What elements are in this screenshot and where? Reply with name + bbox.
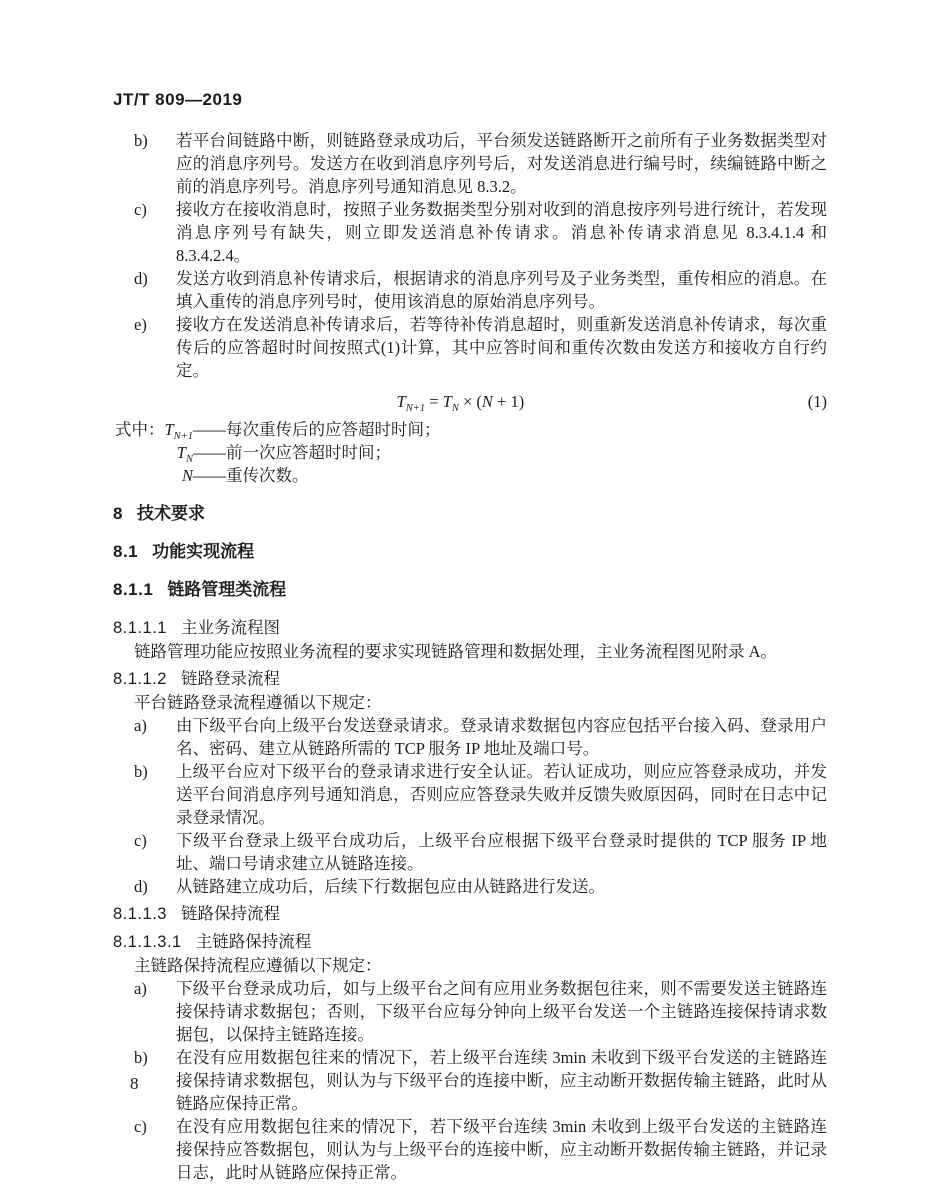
- equation-body: TN+1 = TN × (N + 1): [113, 390, 808, 413]
- clause-8-heading: 8技术要求: [113, 502, 827, 525]
- list-item-label: d): [134, 267, 176, 313]
- clause-8-1-1-1-heading: 8.1.1.1主业务流程图: [113, 616, 827, 640]
- list-item-text: 在没有应用数据包往来的情况下，若下级平台连续 3min 未收到上级平台发送的主链…: [176, 1115, 827, 1184]
- where-row: N ——重传次数。: [113, 464, 827, 487]
- list-item-label: e): [134, 313, 176, 382]
- list-item-label: a): [134, 714, 176, 760]
- list-item-text: 发送方收到消息补传请求后，根据请求的消息序列号及子业务类型，重传相应的消息。在填…: [176, 267, 827, 313]
- message-sequence-rules-list: b) 若平台间链路中断，则链路登录成功后，平台须发送链路断开之前所有子业务数据类…: [113, 129, 827, 382]
- where-term: 式中：TN+1: [101, 418, 193, 441]
- document-page: JT/T 809—2019 b) 若平台间链路中断，则链路登录成功后，平台须发送…: [0, 0, 940, 1200]
- list-item: b) 在没有应用数据包往来的情况下，若上级平台连续 3min 未收到下级平台发送…: [113, 1046, 827, 1115]
- list-item: d) 从链路建立成功后，后续下行数据包应由从链路进行发送。: [113, 875, 827, 898]
- list-item: b) 上级平台应对下级平台的登录请求进行安全认证。若认证成功，则应应答登录成功，…: [113, 760, 827, 829]
- list-item: a) 下级平台登录成功后，如与上级平台之间有应用业务数据包往来，则不需要发送主链…: [113, 977, 827, 1046]
- where-description: ——重传次数。: [193, 464, 309, 487]
- list-item-label: a): [134, 977, 176, 1046]
- login-flow-rules-list: a) 由下级平台向上级平台发送登录请求。登录请求数据包内容应包括平台接入码、登录…: [113, 714, 827, 898]
- clause-8-1-heading: 8.1功能实现流程: [113, 540, 827, 563]
- list-item-text: 下级平台登录上级平台成功后，上级平台应根据下级平台登录时提供的 TCP 服务 I…: [176, 829, 827, 875]
- list-item-text: 若平台间链路中断，则链路登录成功后，平台须发送链路断开之前所有子业务数据类型对应…: [176, 129, 827, 198]
- where-description: ——每次重传后的应答超时时间；: [193, 418, 441, 441]
- clause-8-1-1-2-heading: 8.1.1.2链路登录流程: [113, 667, 827, 691]
- list-item-label: b): [134, 760, 176, 829]
- where-row: 式中：TN+1 ——每次重传后的应答超时时间；: [113, 418, 827, 441]
- clause-8-1-1-heading: 8.1.1链路管理类流程: [113, 578, 827, 601]
- list-item-label: d): [134, 875, 176, 898]
- equation-where-block: 式中：TN+1 ——每次重传后的应答超时时间； TN ——前一次应答超时时间； …: [113, 418, 827, 487]
- list-item-text: 下级平台登录成功后，如与上级平台之间有应用业务数据包往来，则不需要发送主链路连接…: [176, 977, 827, 1046]
- list-item-text: 上级平台应对下级平台的登录请求进行安全认证。若认证成功，则应应答登录成功，并发送…: [176, 760, 827, 829]
- clause-8-1-1-3-1-intro: 主链路保持流程应遵循以下规定：: [113, 954, 827, 977]
- where-row: TN ——前一次应答超时时间；: [113, 441, 827, 464]
- list-item-text: 在没有应用数据包往来的情况下，若上级平台连续 3min 未收到下级平台发送的主链…: [176, 1046, 827, 1115]
- list-item-text: 接收方在接收消息时，按照子业务数据类型分别对收到的消息按序列号进行统计，若发现消…: [176, 198, 827, 267]
- list-item-label: c): [134, 198, 176, 267]
- list-item: d) 发送方收到消息补传请求后，根据请求的消息序列号及子业务类型，重传相应的消息…: [113, 267, 827, 313]
- list-item-text: 从链路建立成功后，后续下行数据包应由从链路进行发送。: [176, 875, 827, 898]
- list-item-label: c): [134, 1115, 176, 1184]
- clause-8-1-1-1-body: 链路管理功能应按照业务流程的要求实现链路管理和数据处理，主业务流程图见附录 A。: [113, 640, 827, 663]
- page-number: 8: [130, 1072, 139, 1095]
- list-item: b) 若平台间链路中断，则链路登录成功后，平台须发送链路断开之前所有子业务数据类…: [113, 129, 827, 198]
- list-item-label: b): [134, 1046, 176, 1115]
- list-item-label: b): [134, 129, 176, 198]
- list-item-text: 接收方在发送消息补传请求后，若等待补传消息超时，则重新发送消息补传请求，每次重传…: [176, 313, 827, 382]
- list-item: a) 由下级平台向上级平台发送登录请求。登录请求数据包内容应包括平台接入码、登录…: [113, 714, 827, 760]
- equation-1: TN+1 = TN × (N + 1) (1): [113, 390, 827, 413]
- clause-8-1-1-3-1-heading: 8.1.1.3.1主链路保持流程: [113, 930, 827, 954]
- equation-number: (1): [808, 390, 827, 413]
- standard-number-header: JT/T 809—2019: [113, 88, 827, 111]
- where-term: N: [113, 464, 193, 487]
- list-item: e) 接收方在发送消息补传请求后，若等待补传消息超时，则重新发送消息补传请求，每…: [113, 313, 827, 382]
- where-description: ——前一次应答超时时间；: [193, 441, 391, 464]
- where-term: TN: [113, 441, 193, 464]
- list-item-label: c): [134, 829, 176, 875]
- clause-8-1-1-2-intro: 平台链路登录流程遵循以下规定：: [113, 691, 827, 714]
- list-item: c) 下级平台登录上级平台成功后，上级平台应根据下级平台登录时提供的 TCP 服…: [113, 829, 827, 875]
- main-link-keepalive-rules-list: a) 下级平台登录成功后，如与上级平台之间有应用业务数据包往来，则不需要发送主链…: [113, 977, 827, 1184]
- list-item: c) 在没有应用数据包往来的情况下，若下级平台连续 3min 未收到上级平台发送…: [113, 1115, 827, 1184]
- clause-8-1-1-3-heading: 8.1.1.3链路保持流程: [113, 902, 827, 926]
- list-item-text: 由下级平台向上级平台发送登录请求。登录请求数据包内容应包括平台接入码、登录用户名…: [176, 714, 827, 760]
- list-item: c) 接收方在接收消息时，按照子业务数据类型分别对收到的消息按序列号进行统计，若…: [113, 198, 827, 267]
